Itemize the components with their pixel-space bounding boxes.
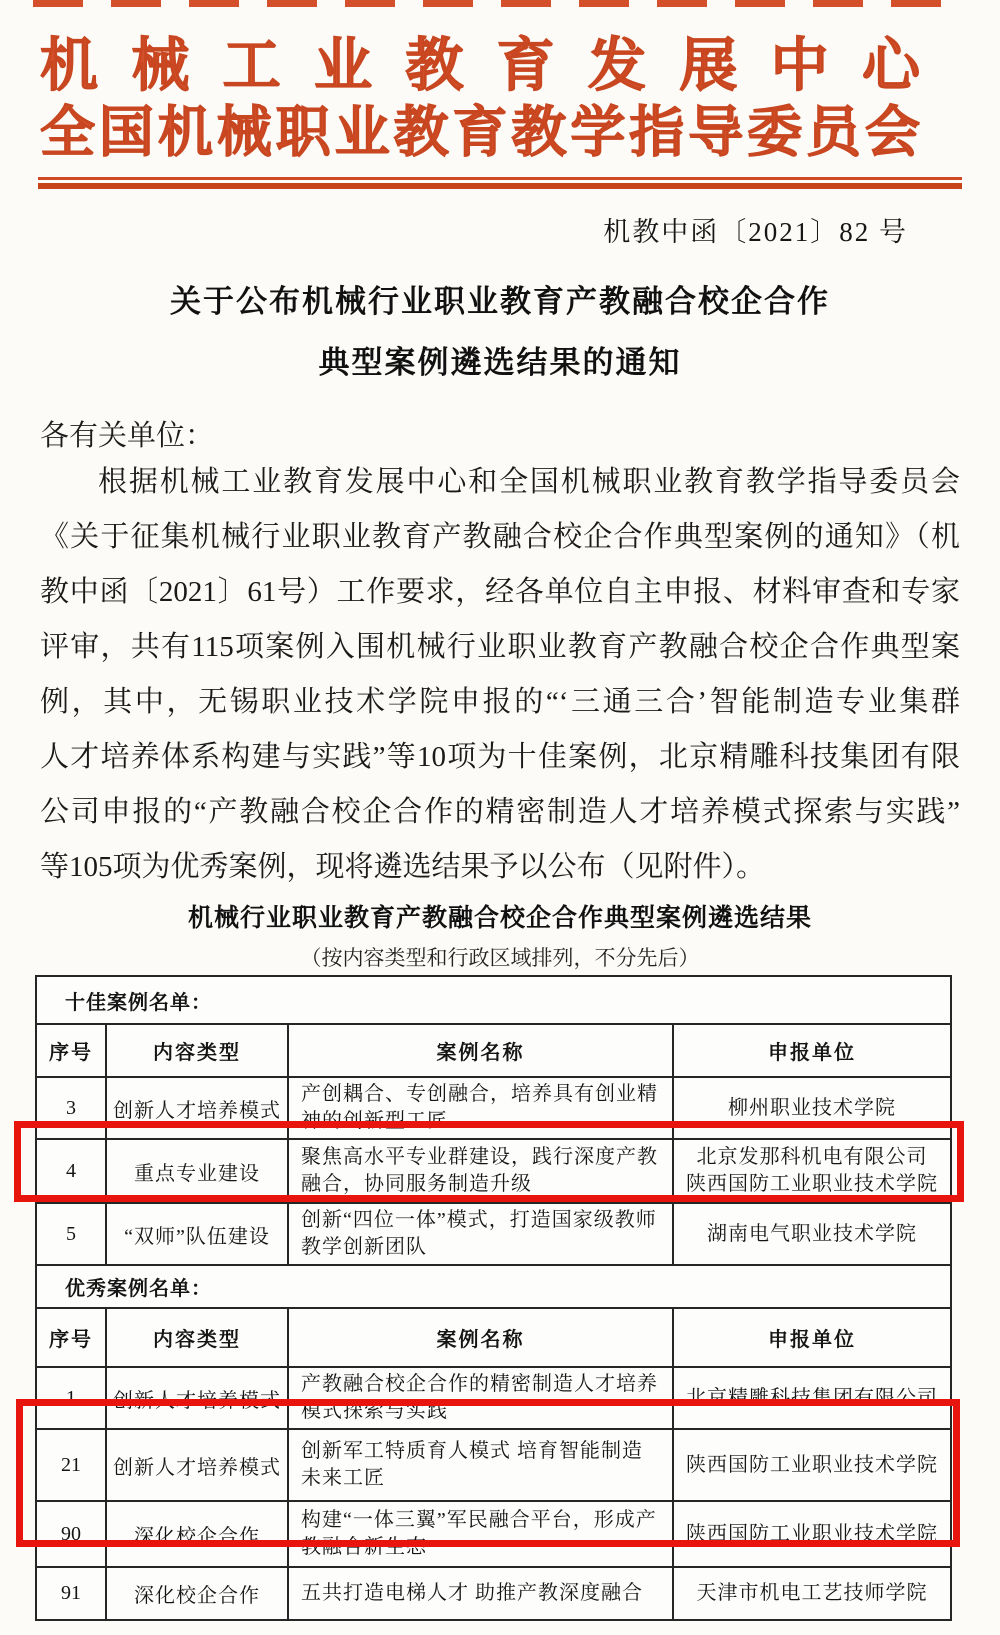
document-page: 机械工业教育发展中心 全国机械职业教育教学指导委员会 机教中函〔2021〕82 …	[0, 0, 1000, 1635]
header-cell-org: 申报单位	[673, 1024, 951, 1077]
cell-org: 陕西国防工业职业技术学院	[673, 1501, 951, 1567]
document-number: 机教中函〔2021〕82 号	[603, 210, 908, 249]
cell-no: 3	[36, 1077, 106, 1139]
results-table: 十佳案例名单： 序号 内容类型 案例名称 申报单位 3 创新人才培养模式 产创耦…	[35, 975, 952, 1621]
cell-no: 5	[36, 1203, 106, 1265]
cell-case: 产教融合校企合作的精密制造人才培养模式探索与实践	[288, 1367, 673, 1429]
notice-title-line-1: 关于公布机械行业职业教育产教融合校企合作	[0, 276, 1000, 321]
header-cell-type: 内容类型	[106, 1024, 288, 1077]
table-row: 5 “双师”队伍建设 创新“四位一体”模式，打造国家级教师教学创新团队 湖南电气…	[36, 1203, 951, 1265]
header-cell-org: 申报单位	[673, 1308, 951, 1367]
header-cell-no: 序号	[36, 1024, 106, 1077]
cell-case: 聚焦高水平专业群建设，践行深度产教融合，协同服务制造升级	[288, 1139, 673, 1203]
body-line: 根据机械工业教育发展中心和全国机械职业教育教学指导委员会	[40, 455, 960, 510]
table-row: 1 创新人才培养模式 产教融合校企合作的精密制造人才培养模式探索与实践 北京精雕…	[36, 1367, 951, 1429]
body-paragraph: 根据机械工业教育发展中心和全国机械职业教育教学指导委员会 《关于征集机械行业职业…	[40, 455, 960, 895]
cell-no: 91	[36, 1567, 106, 1620]
salutation: 各有关单位：	[40, 413, 214, 454]
header-row: 序号 内容类型 案例名称 申报单位	[36, 1308, 951, 1367]
cell-no: 90	[36, 1501, 106, 1567]
header-cell-case: 案例名称	[288, 1024, 673, 1077]
cell-org: 天津市机电工艺技师学院	[673, 1567, 951, 1620]
cell-case: 创新“四位一体”模式，打造国家级教师教学创新团队	[288, 1203, 673, 1265]
cell-no: 4	[36, 1139, 106, 1203]
cell-org-line: 陕西国防工业职业技术学院	[675, 1171, 949, 1198]
table-row-highlighted: 90 深化校企合作 构建“一体三翼”军民融合平台，形成产教融合新生态 陕西国防工…	[36, 1501, 951, 1567]
body-line: 人才培养体系构建与实践”等10项为十佳案例，北京精雕科技集团有限	[40, 730, 960, 785]
body-line: 公司申报的“产教融合校企合作的精密制造人才培养模式探索与实践”	[40, 785, 960, 840]
cell-org: 北京发那科机电有限公司 陕西国防工业职业技术学院	[673, 1139, 951, 1203]
table-row-highlighted: 4 重点专业建设 聚焦高水平专业群建设，践行深度产教融合，协同服务制造升级 北京…	[36, 1139, 951, 1203]
section-label-top10: 十佳案例名单：	[36, 976, 951, 1024]
cell-case: 构建“一体三翼”军民融合平台，形成产教融合新生态	[288, 1501, 673, 1567]
cell-type: 深化校企合作	[106, 1567, 288, 1620]
section-label-excellent: 优秀案例名单：	[36, 1265, 951, 1308]
appendix-title: 机械行业职业教育产教融合校企合作典型案例遴选结果	[0, 898, 1000, 934]
letterhead-line-2: 全国机械职业教育教学指导委员会	[40, 100, 920, 166]
section-row-top10: 十佳案例名单：	[36, 976, 951, 1024]
cell-org: 陕西国防工业职业技术学院	[673, 1429, 951, 1501]
page-top-cutoff-marks	[33, 0, 967, 7]
cell-org-line: 北京发那科机电有限公司	[675, 1144, 949, 1171]
cell-type: 深化校企合作	[106, 1501, 288, 1567]
cell-no: 1	[36, 1367, 106, 1429]
header-cell-type: 内容类型	[106, 1308, 288, 1367]
body-line: 教中函〔2021〕61号）工作要求，经各单位自主申报、材料审查和专家	[40, 565, 960, 620]
letterhead-line-1: 机械工业教育发展中心	[40, 32, 920, 100]
cell-type: 重点专业建设	[106, 1139, 288, 1203]
cell-type: 创新人才培养模式	[106, 1429, 288, 1501]
body-line: 等105项为优秀案例，现将遴选结果予以公布（见附件）。	[40, 840, 960, 895]
cell-org: 湖南电气职业技术学院	[673, 1203, 951, 1265]
header-row: 序号 内容类型 案例名称 申报单位	[36, 1024, 951, 1077]
section-row-excellent: 优秀案例名单：	[36, 1265, 951, 1308]
cell-case: 五共打造电梯人才 助推产教深度融合	[288, 1567, 673, 1620]
body-line: 例，其中，无锡职业技术学院申报的“‘三通三合’智能制造专业集群	[40, 675, 960, 730]
cell-org: 北京精雕科技集团有限公司	[673, 1367, 951, 1429]
cell-org: 柳州职业技术学院	[673, 1077, 951, 1139]
table-row-highlighted: 21 创新人才培养模式 创新军工特质育人模式 培育智能制造未来工匠 陕西国防工业…	[36, 1429, 951, 1501]
cell-case: 产创耦合、专创融合，培养具有创业精神的创新型工匠	[288, 1077, 673, 1139]
header-cell-no: 序号	[36, 1308, 106, 1367]
notice-title-line-2: 典型案例遴选结果的通知	[0, 337, 1000, 382]
letterhead-separator-line	[38, 177, 962, 190]
table-row: 91 深化校企合作 五共打造电梯人才 助推产教深度融合 天津市机电工艺技师学院	[36, 1567, 951, 1620]
header-cell-case: 案例名称	[288, 1308, 673, 1367]
body-line: 《关于征集机械行业职业教育产教融合校企合作典型案例的通知》（机	[40, 510, 960, 565]
cell-type: 创新人才培养模式	[106, 1077, 288, 1139]
body-line: 评审，共有115项案例入围机械行业职业教育产教融合校企合作典型案	[40, 620, 960, 675]
table-row: 3 创新人才培养模式 产创耦合、专创融合，培养具有创业精神的创新型工匠 柳州职业…	[36, 1077, 951, 1139]
cell-type: “双师”队伍建设	[106, 1203, 288, 1265]
appendix-subtitle: （按内容类型和行政区域排列，不分先后）	[0, 942, 1000, 972]
cell-type: 创新人才培养模式	[106, 1367, 288, 1429]
cell-no: 21	[36, 1429, 106, 1501]
cell-case: 创新军工特质育人模式 培育智能制造未来工匠	[288, 1429, 673, 1501]
